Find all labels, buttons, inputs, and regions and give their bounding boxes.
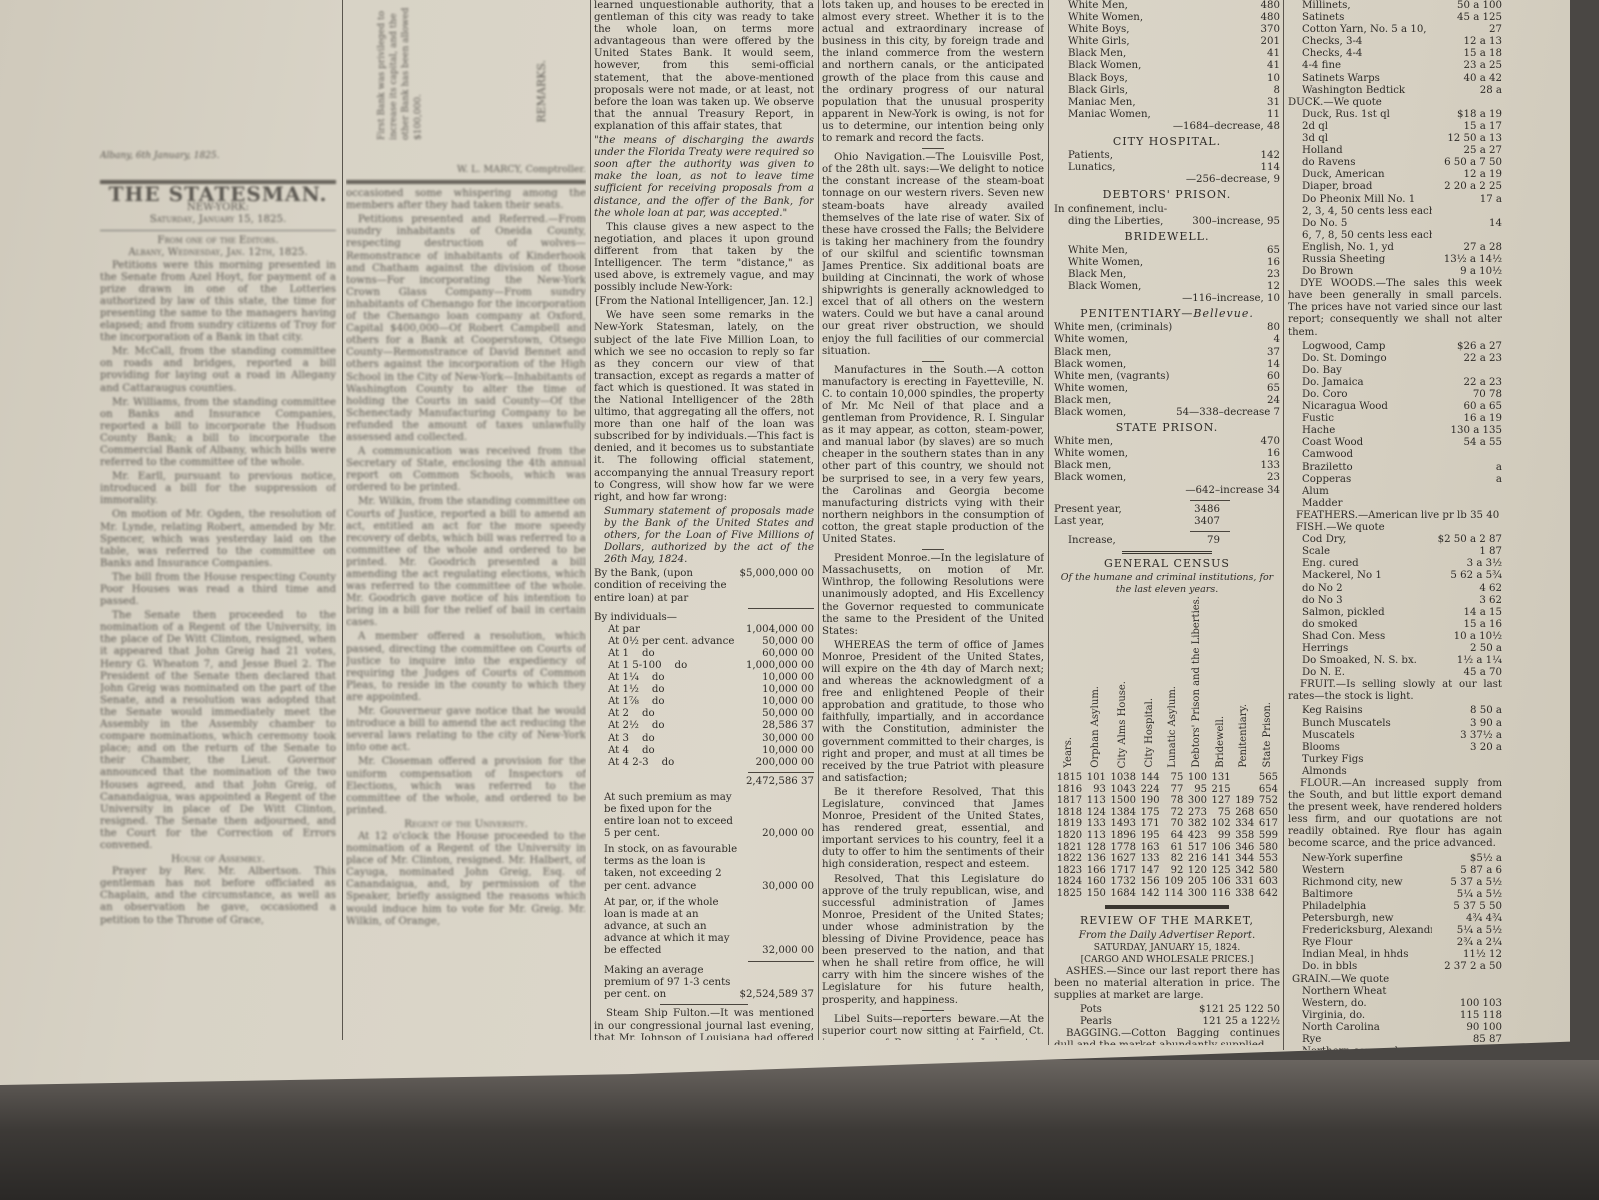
census-row: 1815101103814475100131565 [1054, 772, 1280, 784]
price-row: Baltimore5¼ a 5½ [1288, 889, 1502, 901]
conditional-row: At par, or, if the whole loan is made at… [594, 897, 814, 957]
price-row: Bunch Muscatels3 90 a [1288, 718, 1502, 730]
column-prices: Millinets,50 a 100Satinets45 a 125Cotton… [1288, 0, 1502, 1050]
price-row: 2d ql15 a 17 [1288, 121, 1502, 133]
conditional-offers: At such premium as may be fixed upon for… [594, 792, 814, 957]
dyewoods-prices: Logwood, Camp$26 a 27Do. St. Domingo22 a… [1288, 341, 1502, 510]
price-row: Richmond city, new5 37 a 5½ [1288, 877, 1502, 889]
census-row: 18241601732156109205106331603 [1054, 876, 1280, 888]
price-row: Almonds [1288, 766, 1502, 778]
price-row: Hache130 a 135 [1288, 425, 1502, 437]
paragraph: Mr. Closeman offered a provision for the… [346, 756, 586, 816]
census-row: White women,4 [1054, 334, 1280, 346]
census-row: 18169310432247795215654 [1054, 784, 1280, 796]
price-row: Millinets,50 a 100 [1288, 0, 1502, 12]
price-row: Northern Wheat [1288, 986, 1502, 998]
section-heading: House of Assembly. [100, 854, 336, 866]
price-row: do smoked15 a 16 [1288, 619, 1502, 631]
price-row: Diaper, broad2 20 a 2 25 [1288, 181, 1502, 193]
price-row: Nicaragua Wood60 a 65 [1288, 401, 1502, 413]
paragraph: This clause gives a new aspect to the ne… [594, 222, 814, 295]
masthead-title: THE STATESMAN. [100, 188, 336, 200]
census-row: 1823166171714792120125342580 [1054, 865, 1280, 877]
census-row: Maniac Women,11 [1054, 109, 1280, 121]
market-note: [CARGO AND WHOLESALE PRICES.] [1054, 954, 1280, 966]
price-row: Do No. 514 [1288, 218, 1502, 230]
last-year-value: 3407 [1194, 516, 1220, 528]
dyewoods-text: DYE WOODS.—The sales this week have been… [1288, 278, 1502, 338]
loan-row: At 0½ per cent. advance50,000 00 [594, 636, 814, 648]
resolution-2: Resolved, That this Legislature do appro… [822, 874, 1044, 1007]
census-row: Black Women,41 [1054, 60, 1280, 72]
almshouse-total: —1684–decrease, 48 [1054, 121, 1280, 133]
price-row: Alum [1288, 486, 1502, 498]
price-row: Petersburgh, new4¾ 4¾ [1288, 913, 1502, 925]
census-row: 1819133149317170382102334617 [1054, 818, 1280, 830]
conditional-row: In stock, on as favourable terms as the … [594, 844, 814, 892]
price-row: Russia Sheeting13½ a 14½ [1288, 254, 1502, 266]
census-row: White Boys,370 [1054, 24, 1280, 36]
paragraph: Mr. Wilkin, from the standing committee … [346, 496, 586, 629]
state-prison-heading: STATE PRISON. [1054, 422, 1280, 434]
state-prison-total: —642–increase 34 [1054, 485, 1280, 497]
price-row: Do. Bay [1288, 365, 1502, 377]
column-statesman: Albany, 6th January, 1825. THE STATESMAN… [100, 0, 336, 1040]
price-row: Copperasa [1288, 474, 1502, 486]
price-row: North Carolina90 100 [1288, 1022, 1502, 1034]
price-row: New-York superfine$5½ a [1288, 853, 1502, 865]
census-row: Black Men,23 [1054, 269, 1280, 281]
loan-row: At 1¼ do10,000 00 [594, 672, 814, 684]
loan-row: At 2 do50,000 00 [594, 708, 814, 720]
census-table: Years.Orphan Asylum.City Alms House.City… [1054, 596, 1280, 899]
price-row: Pearls121 25 a 122½ [1054, 1016, 1280, 1028]
ohio-navigation: Ohio Navigation.—The Louisville Post, of… [822, 152, 1044, 358]
census-column-header: Penitentiary. [1233, 596, 1257, 772]
dispatch-dateline: Albany, Wednesday, Jan. 12th, 1825. [100, 247, 336, 259]
census-row: Black Boys,10 [1054, 73, 1280, 85]
census-row: Patients,142 [1054, 150, 1280, 162]
fruit-prices: Keg Raisins8 50 aBunch Muscatels3 90 aMu… [1288, 705, 1502, 778]
price-row: Satinets45 a 125 [1288, 12, 1502, 24]
census-column-header: Bridewell. [1209, 596, 1233, 772]
comptroller-signature: W. L. MARCY, Comptroller. [346, 164, 586, 176]
price-row: Duck, American12 a 19 [1288, 169, 1502, 181]
census-row: 1822136162713382216141344553 [1054, 853, 1280, 865]
section-heading: Regent of the University. [346, 819, 586, 831]
census-column-header: Orphan Asylum. [1084, 596, 1108, 772]
hospital-total: —256–decrease, 9 [1054, 174, 1280, 186]
penitentiary-heading: PENITENTIARY— [1080, 307, 1193, 320]
price-row: Western5 87 a 6 [1288, 865, 1502, 877]
fish-prices: Cod Dry,$2 50 a 2 87Scale1 87Eng. cured3… [1288, 534, 1502, 679]
census-row: 1821128177816361517106346580 [1054, 842, 1280, 854]
paragraph: lots taken up, and houses to be erected … [822, 0, 1044, 145]
price-row: Mackerel, No 15 62 a 5¾ [1288, 570, 1502, 582]
price-row: Duck, Rus. 1st ql$18 a 19 [1288, 109, 1502, 121]
census-row: Black women,23 [1054, 472, 1280, 484]
price-row: Do. Coro70 78 [1288, 389, 1502, 401]
census-row: Black Men,41 [1054, 48, 1280, 60]
price-row: Philadelphia5 37 5 50 [1288, 901, 1502, 913]
paragraph: Mr. Gouverneur gave notice that he would… [346, 706, 586, 754]
price-row: Do Pheonix Mill No. 117 a [1288, 194, 1502, 206]
price-row: Do. in bbls2 37 2 a 50 [1288, 961, 1502, 973]
price-row: Indian Meal, in hhds11½ 12 [1288, 949, 1502, 961]
flour-text: FLOUR.—An increased supply from the Sout… [1288, 778, 1502, 851]
census-column-header: City Alms House. [1108, 596, 1138, 772]
column-loan: learned unquestionable authority, that a… [594, 0, 814, 1040]
price-row: Fredericksburg, Alexandria, and Richmond… [1288, 925, 1502, 937]
census-row: White Women,480 [1054, 12, 1280, 24]
paragraph: learned unquestionable authority, that a… [594, 0, 814, 133]
column-rule [818, 0, 819, 1040]
census-row: Black women,54—338–decrease 7 [1054, 407, 1280, 419]
price-row: Do Smoaked, N. S. bx.1½ a 1¼ [1288, 655, 1502, 667]
dry-goods-prices: Millinets,50 a 100Satinets45 a 125Cotton… [1288, 0, 1502, 97]
price-row: Checks, 4-415 a 18 [1288, 48, 1502, 60]
loan-row: At 1 do60,000 00 [594, 648, 814, 660]
price-row: Madder [1288, 498, 1502, 510]
price-row: do No 24 62 [1288, 583, 1502, 595]
price-row: Herrings2 50 a [1288, 643, 1502, 655]
masthead-date: Saturday, January 15, 1825. [100, 214, 336, 226]
loan-subtotal: 2,472,586 37 [594, 776, 814, 788]
census-row: Black men,37 [1054, 347, 1280, 359]
price-row: Logwood, Camp$26 a 27 [1288, 341, 1502, 353]
census-row: White women,16 [1054, 448, 1280, 460]
census-row: White Women,16 [1054, 257, 1280, 269]
table-surface [0, 1060, 1599, 1200]
resolution-1: Be it therefore Resolved, That this Legi… [822, 787, 1044, 872]
census-column-header: City Hospital. [1138, 596, 1162, 772]
census-row: White men,470 [1054, 436, 1280, 448]
paragraph: The bill from the House respecting Count… [100, 572, 336, 608]
price-row: Cod Dry,$2 50 a 2 87 [1288, 534, 1502, 546]
paragraph: Mr. Williams, from the standing committe… [100, 397, 336, 470]
loan-row: At 4 2-3 do200,000 00 [594, 757, 814, 769]
price-row: Fustic16 a 19 [1288, 413, 1502, 425]
price-row: Rye Flour2¾ a 2¼ [1288, 937, 1502, 949]
market-source: From the Daily Advertiser Report. [1054, 930, 1280, 942]
feathers-line: FEATHERS.—American live pr lb 35 40 [1288, 510, 1502, 522]
whereas-clause: WHEREAS the term of office of James Monr… [822, 640, 1044, 785]
price-row: Western, do.100 103 [1288, 998, 1502, 1010]
grain-heading: GRAIN.—We quote [1288, 974, 1502, 986]
census-row: Black Girls,8 [1054, 85, 1280, 97]
paragraph: Petitions were this morning presented in… [100, 260, 336, 345]
paragraph: occasioned some whispering among the mem… [346, 188, 586, 212]
column-assembly: First Bank was privileged to increase it… [346, 0, 586, 1040]
census-row: Maniac Men,31 [1054, 97, 1280, 109]
hospital-table: Patients,142Lunatics,114 [1054, 150, 1280, 174]
census-subtitle: Of the humane and criminal institutions,… [1054, 572, 1280, 596]
increase-value: 79 [1207, 535, 1220, 547]
column-news: lots taken up, and houses to be erected … [822, 0, 1044, 1040]
loan-row: At 1⅞ do10,000 00 [594, 696, 814, 708]
present-year-value: 3486 [1194, 504, 1220, 516]
price-row: Do. Jamaica22 a 23 [1288, 377, 1502, 389]
census-row: 18251501684142114300116338642 [1054, 888, 1280, 900]
census-row: White men, (criminals)80 [1054, 322, 1280, 334]
census-row: Black Women,12 [1054, 281, 1280, 293]
census-column-header: Lunatic Asylum. [1162, 596, 1186, 772]
rotated-note: First Bank was privileged to increase it… [376, 0, 424, 140]
bridewell-table: White Men,65White Women,16Black Men,23Bl… [1054, 245, 1280, 293]
price-row: Brazilettoa [1288, 462, 1502, 474]
paragraph: Mr. McCall, from the standing committee … [100, 346, 336, 394]
dispatch-from: From one of the Editors. [100, 235, 336, 247]
fish-heading: FISH.—We quote [1288, 522, 1502, 534]
price-row: Do. St. Domingo22 a 23 [1288, 353, 1502, 365]
price-row: 2, 3, 4, 50 cents less each [1288, 206, 1502, 218]
price-row: do Ravens6 50 a 7 50 [1288, 157, 1502, 169]
price-row: 6, 7, 8, 50 cents less each [1288, 230, 1502, 242]
price-row: Shad Con. Mess10 a 10½ [1288, 631, 1502, 643]
fruit-text: FRUIT.—Is selling slowly at our last rat… [1288, 679, 1502, 703]
census-row: Black women,14 [1054, 359, 1280, 371]
debtors-line: In confinement, inclu- [1054, 204, 1280, 216]
census-row: White Girls,201 [1054, 36, 1280, 48]
ashes-text: ASHES.—Since our last report there has b… [1054, 966, 1280, 1002]
individuals-label: By individuals— [594, 612, 814, 624]
source-line: [From the National Intelligencer, Jan. 1… [594, 296, 814, 308]
debtors-total: 300–increase, 95 [1170, 216, 1280, 228]
debtors-heading: DEBTORS' PRISON. [1054, 189, 1280, 201]
price-row: Pots$121 25 122 50 [1054, 1004, 1280, 1016]
census-row: White Men,65 [1054, 245, 1280, 257]
price-row: Do N. E.45 a 70 [1288, 667, 1502, 679]
paragraph: The Senate then proceeded to the nominat… [100, 610, 336, 852]
loan-row: At 2½ do28,586 37 [594, 720, 814, 732]
price-row: Do Brown9 a 10½ [1288, 266, 1502, 278]
penitentiary-table: White men, (criminals)80White women,4Bla… [1054, 322, 1280, 419]
census-row: 182011318961956442399358599 [1054, 830, 1280, 842]
bridewell-total: —116–increase, 10 [1054, 293, 1280, 305]
column-rule [590, 0, 591, 1040]
price-row: Checks, 3-412 a 13 [1288, 36, 1502, 48]
census-row: White men, (vagrants)60 [1054, 371, 1280, 383]
price-row: English, No. 1, yd27 a 28 [1288, 242, 1502, 254]
price-row: Virginia, do.115 118 [1288, 1010, 1502, 1022]
loan-row: At 1 5-100 do1,000,000 00 [594, 660, 814, 672]
duck-heading: DUCK.—We quote [1288, 97, 1502, 109]
flour-prices: New-York superfine$5½ aWestern5 87 a 6Ri… [1288, 853, 1502, 974]
price-row: 3d ql12 50 a 13 [1288, 133, 1502, 145]
ashes-prices: Pots$121 25 122 50Pearls121 25 a 122½ [1054, 1004, 1280, 1028]
price-row: Keg Raisins8 50 a [1288, 705, 1502, 717]
loan-row: At 4 do10,000 00 [594, 745, 814, 757]
price-row: Scale1 87 [1288, 546, 1502, 558]
remarks-label: REMARKS. [536, 60, 548, 123]
price-row: Blooms3 20 a [1288, 742, 1502, 754]
newspaper-page: Albany, 6th January, 1825. THE STATESMAN… [0, 0, 1570, 1085]
president-monroe: President Monroe.—In the legislature of … [822, 553, 1044, 638]
duck-prices: Duck, Rus. 1st ql$18 a 192d ql15 a 173d … [1288, 109, 1502, 278]
loan-row: At 1½ do10,000 00 [594, 684, 814, 696]
price-row: Northern corn, yel.50 52 [1288, 1046, 1502, 1050]
column-rule [342, 0, 343, 1040]
price-row: Coast Wood54 a 55 [1288, 437, 1502, 449]
bagging-text: BAGGING.—Cotton Bagging continues dull a… [1054, 1028, 1280, 1045]
price-row: Washington Bedtick28 a [1288, 85, 1502, 97]
paragraph: A communication was received from the Se… [346, 446, 586, 494]
price-row: Rye85 87 [1288, 1034, 1502, 1046]
census-row: Black men,133 [1054, 460, 1280, 472]
market-date: SATURDAY, JANUARY 15, 1824. [1054, 942, 1280, 954]
average-row: Making an average premium of 97 1-3 cent… [594, 965, 814, 1001]
conditional-row: At such premium as may be fixed upon for… [594, 792, 814, 840]
column-census: White Men,480White Women,480White Boys,3… [1054, 0, 1280, 1045]
market-heading: REVIEW OF THE MARKET, [1054, 915, 1280, 927]
census-column-header: Debtors' Prison and the Liberties. [1185, 596, 1209, 772]
almshouse-table: White Men,480White Women,480White Boys,3… [1054, 0, 1280, 121]
loan-table: At par1,004,000 00At 0½ per cent. advanc… [594, 624, 814, 769]
loan-row: At 3 do30,000 00 [594, 733, 814, 745]
census-column-header: Years. [1054, 596, 1084, 772]
price-row: 4-4 fine23 a 25 [1288, 60, 1502, 72]
bank-offer-row: By the Bank, (upon condition of receivin… [594, 568, 814, 604]
price-row: do No 33 62 [1288, 595, 1502, 607]
paragraph: We have seen some remarks in the New-Yor… [594, 310, 814, 504]
bridewell-heading: BRIDEWELL. [1054, 231, 1280, 243]
hospital-heading: CITY HOSPITAL. [1054, 136, 1280, 148]
price-row: Satinets Warps40 a 42 [1288, 73, 1502, 85]
paragraph: Petitions presented and Referred.—From s… [346, 214, 586, 444]
price-row: Eng. cured3 a 3½ [1288, 558, 1502, 570]
census-row: 181812413841757227375268650 [1054, 807, 1280, 819]
treasury-quote: "the means of discharging the awards und… [594, 135, 814, 220]
price-row: Muscatels3 37½ a [1288, 730, 1502, 742]
price-row: Cotton Yarn, No. 5 a 10,27 [1288, 24, 1502, 36]
libel-suits: Libel Suits—reporters beware.—At the sup… [822, 1014, 1044, 1040]
price-row: Turkey Figs [1288, 754, 1502, 766]
census-row: White Men,480 [1054, 0, 1280, 12]
census-row: Lunatics,114 [1054, 162, 1280, 174]
paragraph: At 12 o'clock the House proceeded to the… [346, 831, 586, 928]
census-row: White women,65 [1054, 383, 1280, 395]
paragraph: Steam Ship Fulton.—It was mentioned in o… [594, 1008, 814, 1040]
census-row: Black men,24 [1054, 395, 1280, 407]
paragraph: Mr. Earll, pursuant to previous notice, … [100, 471, 336, 507]
price-row: Salmon, pickled14 a 15 [1288, 607, 1502, 619]
state-prison-table: White men,470White women,16Black men,133… [1054, 436, 1280, 484]
column-rule [1283, 0, 1284, 1050]
paragraph: A member offered a resolution, which pas… [346, 631, 586, 704]
summary-title: Summary statement of proposals made by t… [594, 506, 814, 566]
census-heading: GENERAL CENSUS [1054, 558, 1280, 570]
census-row: 1817113150019078300127189752 [1054, 795, 1280, 807]
grain-prices: Northern WheatWestern, do.100 103Virgini… [1288, 986, 1502, 1050]
signoff-dateline: Albany, 6th January, 1825. [100, 150, 336, 162]
paragraph: Prayer by Rev. Mr. Albertson. This gentl… [100, 866, 336, 926]
price-row: Camwood [1288, 449, 1502, 461]
census-column-header: State Prison. [1256, 596, 1280, 772]
loan-row: At par1,004,000 00 [594, 624, 814, 636]
paragraph: On motion of Mr. Ogden, the resolution o… [100, 509, 336, 569]
price-row: Holland25 a 27 [1288, 145, 1502, 157]
manufactures-south: Manufactures in the South.—A cotton manu… [822, 365, 1044, 546]
column-rule [1048, 0, 1049, 1045]
